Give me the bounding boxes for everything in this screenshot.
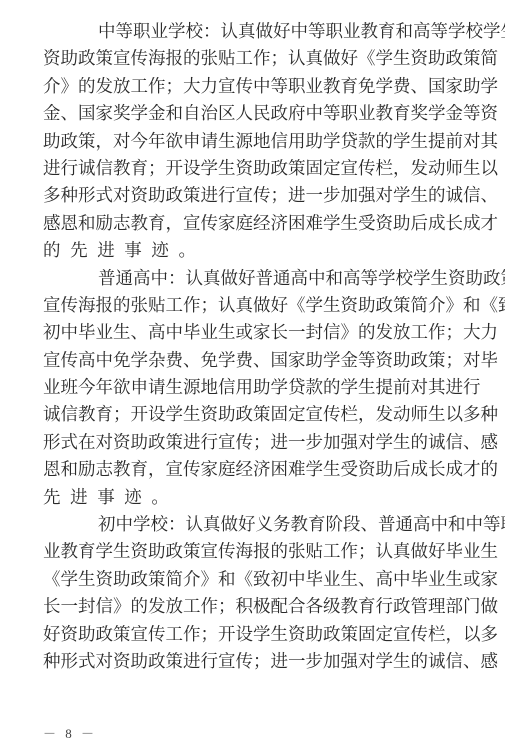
paragraph-high-school-line: 业班今年欲申请生源地信用助学贷款的学生提前对其进行 bbox=[43, 375, 455, 402]
paragraph-vocational-line: 中等职业学校：认真做好中等职业教育和高等学校学生 bbox=[43, 19, 455, 46]
paragraph-vocational-line: 的先进事迹。 bbox=[43, 238, 455, 265]
paragraph-vocational-line: 助政策，对今年欲申请生源地信用助学贷款的学生提前对其 bbox=[43, 129, 455, 156]
paragraph-high-school-line: 形式在对资助政策进行宣传；进一步加强对学生的诚信、感 bbox=[43, 430, 455, 457]
paragraph-junior-school-line: 长一封信》的发放工作；积极配合各级教育行政管理部门做 bbox=[43, 594, 455, 621]
paragraph-high-school-line: 宣传高中免学杂费、免学费、国家助学金等资助政策；对毕 bbox=[43, 348, 455, 375]
paragraph-vocational-line: 进行诚信教育；开设学生资助政策固定宣传栏，发动师生以 bbox=[43, 156, 455, 183]
paragraph-junior-school-line: 好资助政策宣传工作；开设学生资助政策固定宣传栏，以多 bbox=[43, 622, 455, 649]
paragraph-high-school-line: 普通高中：认真做好普通高中和高等学校学生资助政策 bbox=[43, 266, 455, 293]
page-number: － 8 － bbox=[43, 723, 97, 742]
paragraph-junior-school-line: 初中学校：认真做好义务教育阶段、普通高中和中等职 bbox=[43, 512, 455, 539]
body-text: 中等职业学校：认真做好中等职业教育和高等学校学生 资助政策宣传海报的张贴工作；认… bbox=[43, 19, 455, 676]
paragraph-vocational-line: 资助政策宣传海报的张贴工作；认真做好《学生资助政策简 bbox=[43, 46, 455, 73]
paragraph-vocational-line: 介》的发放工作；大力宣传中等职业教育免学费、国家助学 bbox=[43, 74, 455, 101]
paragraph-vocational-line: 金、国家奖学金和自治区人民政府中等职业教育奖学金等资 bbox=[43, 101, 455, 128]
paragraph-vocational-line: 多种形式对资助政策进行宣传；进一步加强对学生的诚信、 bbox=[43, 183, 455, 210]
paragraph-high-school-line: 先进事迹。 bbox=[43, 485, 455, 512]
paragraph-high-school-line: 宣传海报的张贴工作；认真做好《学生资助政策简介》和《致 bbox=[43, 293, 455, 320]
paragraph-junior-school-line: 《学生资助政策简介》和《致初中毕业生、高中毕业生或家 bbox=[43, 567, 455, 594]
paragraph-vocational-line: 感恩和励志教育，宣传家庭经济困难学生受资助后成长成才 bbox=[43, 211, 455, 238]
document-page: 中等职业学校：认真做好中等职业教育和高等学校学生 资助政策宣传海报的张贴工作；认… bbox=[0, 0, 505, 754]
paragraph-high-school-line: 恩和励志教育，宣传家庭经济困难学生受资助后成长成才的 bbox=[43, 457, 455, 484]
paragraph-high-school-line: 初中毕业生、高中毕业生或家长一封信》的发放工作；大力 bbox=[43, 320, 455, 347]
paragraph-junior-school-line: 业教育学生资助政策宣传海报的张贴工作；认真做好毕业生 bbox=[43, 539, 455, 566]
paragraph-junior-school-line: 种形式对资助政策进行宣传；进一步加强对学生的诚信、感 bbox=[43, 649, 455, 676]
paragraph-high-school-line: 诚信教育；开设学生资助政策固定宣传栏，发动师生以多种 bbox=[43, 402, 455, 429]
